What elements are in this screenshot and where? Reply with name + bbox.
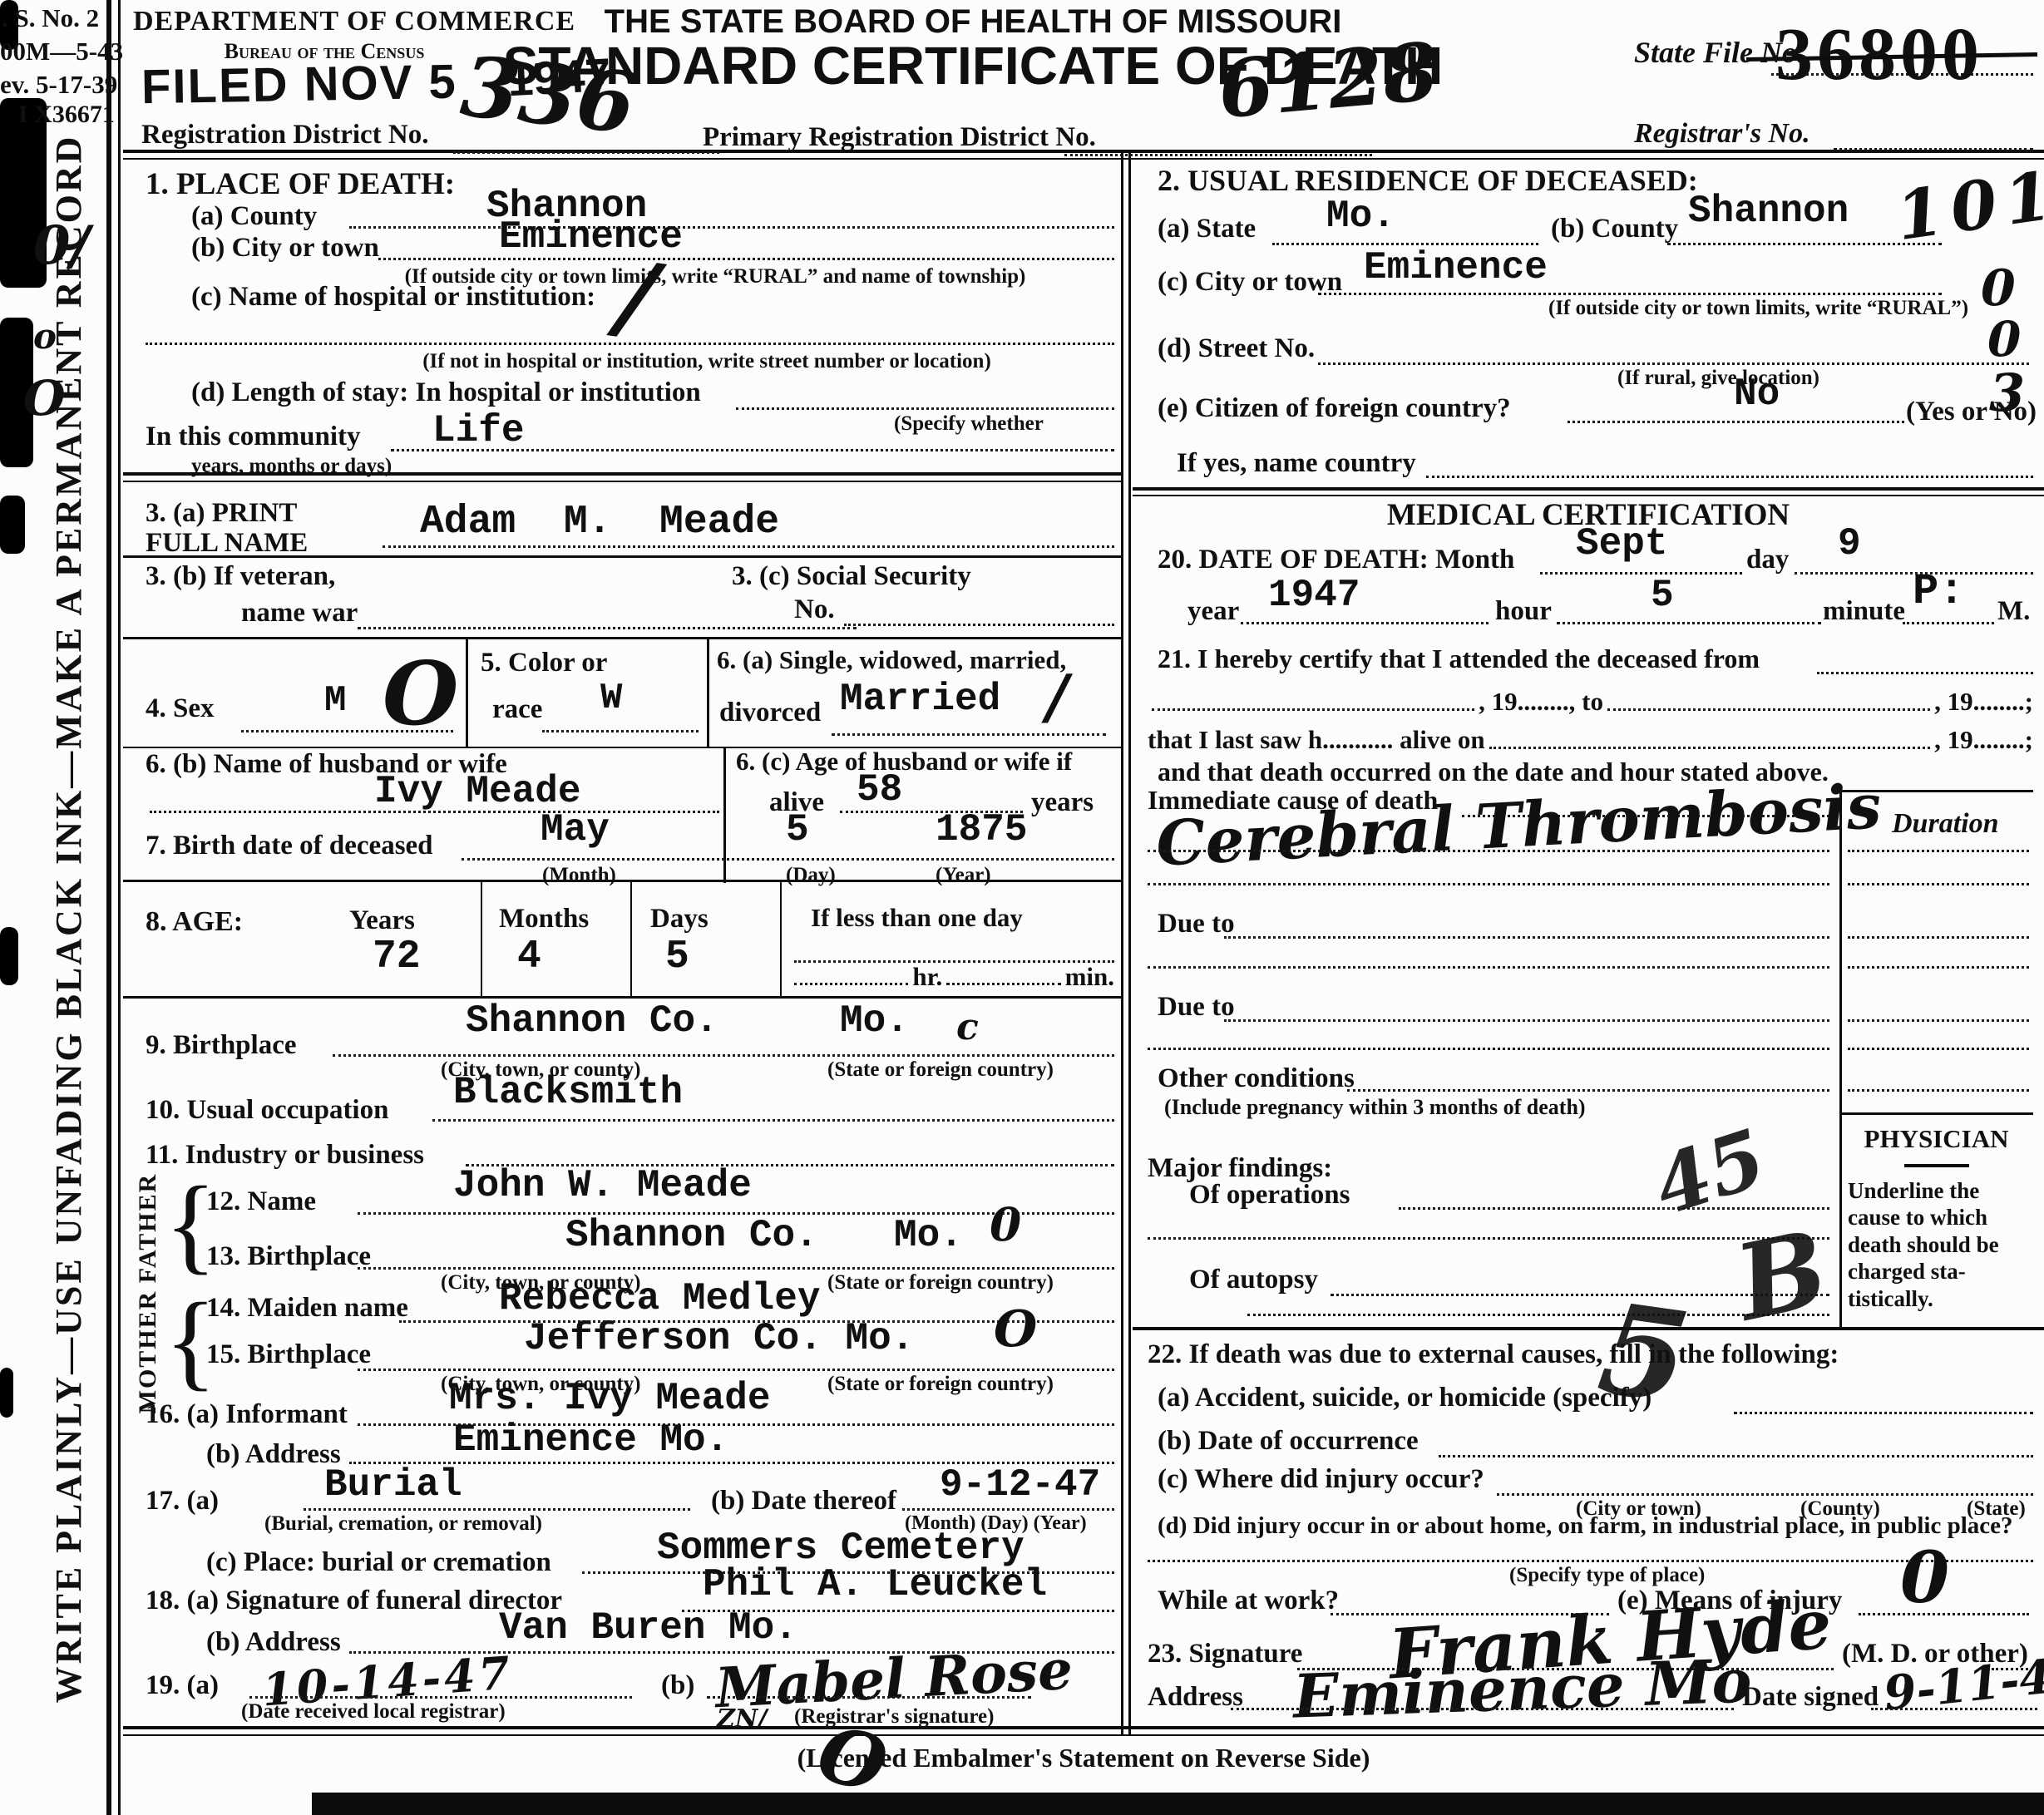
field-line [1540,572,1742,575]
divider [1133,495,2044,496]
certifier-sig-label: 23. Signature [1148,1640,1302,1669]
mother-label: MOTHER [135,1289,161,1415]
less-than-day-label: If less than one day [811,905,1023,932]
divider [123,637,1121,639]
dod-year-label: year [1187,597,1239,626]
field-line [1148,1237,1829,1240]
divider [106,0,111,1815]
field-line [1347,1089,1829,1092]
age-days-value: 5 [665,935,689,979]
father-name-label: 12. Name [206,1187,316,1216]
father-birthplace-state: Mo. [894,1214,963,1257]
field-line [1848,1019,2029,1022]
lastsaw-19: , 19........; [1934,725,2033,755]
field-line [1903,622,1994,624]
birthplace-label: 9. Birthplace [146,1031,296,1060]
occupation-label: 10. Usual occupation [146,1096,388,1125]
birthplace-mark: c [956,1006,979,1048]
divider [630,880,632,996]
certifier-address-value: Eminence Mo [1292,1645,1753,1731]
citizen-note: (Yes or No) [1906,397,2037,427]
informant-value: Mrs. Ivy Meade [449,1377,770,1420]
rural-location-note: (If rural, give location) [1617,367,1819,389]
field-line [1848,883,2029,885]
birthdate-label: 7. Birth date of deceased [146,831,433,861]
death-certificate-scan: . S. No. 2 00M—5-43 ev. 5-17-39 I X36671… [0,0,2044,1815]
major-findings-label: Major findings: [1148,1154,1332,1183]
received-date-note: (Date received local registrar) [241,1701,506,1723]
field-line [794,983,908,985]
physician-note: Underline the cause to which death shoul… [1848,1177,2029,1312]
registrar-sig-label: (b) [661,1671,694,1700]
veteran-label: 3. (b) If veteran, [146,562,335,591]
citizen-value: No [1734,372,1780,416]
print-label: 3. (a) PRINT [146,499,297,528]
veteran-sub: name war [241,599,358,628]
margin-instruction: WRITE PLAINLY—USE UNFADING BLACK INK—MAK… [50,129,88,1709]
race-value: W [600,678,622,719]
pen-scrawl: B [1726,1208,1838,1345]
certifier-address-label: Address [1148,1683,1243,1712]
work-label: While at work? [1158,1586,1339,1615]
lastsaw-line: that I last saw h........... alive on , … [1148,717,2033,755]
field-line [1497,1493,2033,1496]
margin-mark: 0/ [33,215,90,277]
street-label: (d) Street No. [1158,334,1315,363]
primary-district-value: 6128 [1215,26,1442,137]
spouse-age-label: 6. (c) Age of husband or wife if [736,748,1072,776]
duration-label: Duration [1892,808,1999,840]
where-label: (c) Where did injury occur? [1158,1465,1484,1494]
specify-note: (Specify whether [894,413,1044,435]
ssn-sub: No. [794,595,835,624]
mother-mark: O [994,1300,1037,1359]
birthplace-state-note: (State or foreign country) [827,1059,1054,1081]
marital-sub: divorced [719,698,821,727]
dod-hour-label: hour [1495,597,1552,626]
scan-artifact [312,1793,2044,1815]
funeral-director-value: Phil A. Leuckel [703,1563,1047,1606]
race-label: 5. Color or [481,649,607,678]
birthplace-value: Shannon Co. [466,999,718,1043]
field-line [902,1508,1114,1511]
county-label: (a) County [191,202,317,231]
disposition-note: (Burial, cremation, or removal) [264,1513,542,1535]
registration-district-label: Registration District No. [141,121,429,150]
age-years-value: 72 [373,935,421,979]
divider [123,1726,2044,1729]
field-line [1426,476,2033,478]
city-label: (b) City or town [191,234,379,263]
received-label: 19. (a) [146,1671,219,1700]
form-revision: ev. 5-17-39 [0,72,117,99]
field-line [1224,1019,1829,1022]
divider [1128,150,1131,1734]
month-note: (Month) [542,865,616,886]
mother-name-label: 14. Maiden name [206,1294,408,1323]
dod-hour-value: 5 [1651,574,1674,617]
fullname-label: FULL NAME [146,529,308,558]
community-value: Life [432,409,524,452]
burial-place-label: (c) Place: burial or cremation [206,1548,551,1577]
residence-county-value: Shannon [1688,190,1849,233]
sex-label: 4. Sex [146,694,215,723]
age-col-months: Months [499,905,589,934]
form-number: . S. No. 2 [2,5,99,32]
field-line [432,1119,1114,1122]
place-type-note: (Specify type of place) [1509,1565,1705,1586]
disposition-date-value: 9-12-47 [940,1463,1100,1507]
field-line [1318,363,2029,365]
divider [481,880,482,996]
age-months-value: 4 [517,935,541,979]
field-line [1439,1455,2033,1457]
marital-value: Married [840,678,1000,721]
birth-day-value: 5 [786,808,809,851]
disposition-label: 17. (a) [146,1487,219,1516]
autopsy-label: Of autopsy [1189,1265,1318,1295]
field-line [1318,293,1942,295]
scan-artifact [0,1368,13,1418]
dod-minute-label: minute [1823,597,1905,626]
field-line [1399,1207,1829,1210]
pen-scrawl: 45 [1643,1112,1776,1233]
field-line [349,226,1114,229]
street-note: (If not in hospital or institution, writ… [349,351,1064,372]
field-line [358,627,857,629]
divider [1839,790,1842,1329]
field-line [1568,421,1904,423]
section22-heading: 22. If death was due to external causes,… [1148,1340,1839,1369]
field-line [249,1696,632,1699]
residence-county-mark: 101 [1891,155,2044,256]
residence-city-label: (c) City or town [1158,268,1342,297]
dod-m-label: M. [1997,597,2030,626]
year-note: (Year) [936,865,991,886]
ssn-label: 3. (c) Social Security [732,562,971,591]
field-line [1607,708,1930,711]
field-line [707,1696,1031,1699]
field-line [358,1267,1114,1270]
birthplace-state: Mo. [840,999,909,1043]
field-line [1848,936,2029,939]
other-conditions-label: Other conditions [1158,1064,1355,1093]
field-line [1848,850,2029,852]
divider [780,880,782,996]
divider [123,880,1121,882]
community-label: In this community [146,422,361,451]
years-label: years [1031,788,1094,817]
occupation-value: Blacksmith [453,1071,683,1114]
residence-rural-note: (If outside city or town limits, write “… [1548,298,1968,319]
spouse-age-value: 58 [857,768,902,811]
father-birthplace-label: 13. Birthplace [206,1242,371,1271]
mother-state-note: (State or foreign country) [827,1374,1054,1395]
sex-value: M [324,680,346,722]
field-line [1871,1708,2037,1710]
age-col-years: Years [349,906,415,935]
field-line [1241,622,1489,624]
marital-mark: / [1046,661,1068,732]
field-line [1557,622,1821,624]
divider [1904,1164,1969,1167]
divider [123,996,1121,999]
registrar-sig-mark: ZN/ [717,1704,767,1734]
field-line [832,733,1106,736]
dod-day-value: 9 [1838,522,1861,565]
occurrence-label: (b) Date of occurrence [1158,1427,1419,1456]
field-line [383,545,1114,548]
field-line [1148,883,1829,885]
divider [123,1734,2044,1736]
section2-heading: 2. USUAL RESIDENCE OF DECEASED: [1158,163,1698,198]
field-line [241,730,453,732]
date-signed-label: Date signed [1742,1683,1879,1712]
scan-artifact [0,927,18,985]
filed-stamp: FILED NOV 5 [141,54,457,116]
field-line [150,811,719,813]
street-mark: 0 [1987,311,2021,367]
field-line [304,1508,690,1511]
margin-mark: o [33,316,57,357]
hospital-label: (c) Name of hospital or institution: [191,283,595,312]
field-line [1148,1048,1829,1050]
field-line [1152,708,1474,711]
father-label: FATHER [135,1166,161,1290]
funeral-address-value: Van Buren Mo. [499,1606,797,1650]
field-line [146,343,1114,345]
certify-19b: , 19........; [1934,687,2033,717]
registrar-no-label: Registrar's No. [1634,118,1810,150]
stamp-code: I X36671 [18,101,115,128]
field-line [333,1054,1114,1057]
field-line [1272,243,1538,245]
certify-line2: , 19........, to , 19........; [1148,678,2033,717]
accident-label: (a) Accident, suicide, or homicide (spec… [1158,1383,1651,1413]
due-to-label-2: Due to [1158,993,1235,1022]
department-title: DEPARTMENT OF COMMERCE [133,7,516,37]
father-mark: 0 [990,1197,1021,1251]
physician-label: PHYSICIAN [1839,1124,2033,1154]
father-birthplace-value: Shannon Co. [565,1214,818,1257]
field-line [844,624,1114,626]
marital-label: 6. (a) Single, widowed, married, [717,647,1066,674]
hr-label: hr. [912,964,942,991]
divider [723,747,726,883]
field-line [1148,850,1829,852]
divider [707,637,709,747]
father-name-value: John W. Meade [453,1164,752,1207]
field-line [358,1369,1114,1371]
other-conditions-note: (Include pregnancy within 3 months of de… [1164,1096,1586,1118]
disposition-value: Burial [324,1463,462,1507]
means-mark: 0 [1900,1536,1949,1620]
divider [123,158,2044,160]
divider [123,481,1121,482]
field-line [946,983,1060,985]
hr-min-row: hr. min. [790,958,1114,991]
divider [1839,1112,2033,1115]
divider [1133,1327,2044,1330]
scan-artifact [0,496,25,554]
race-sub: race [492,695,542,724]
mother-name-value: Rebecca Medley [499,1277,820,1320]
field-line [378,258,1114,260]
birth-year-value: 1875 [936,808,1027,851]
age-col-days: Days [650,905,708,934]
lastsaw-label: that I last saw h........... alive on [1148,725,1485,755]
field-line [1848,1089,2029,1092]
field-line [1848,1048,2029,1050]
informant-address-label: (b) Address [206,1440,341,1469]
operations-label: Of operations [1189,1181,1350,1210]
margin-mark: O [23,370,66,427]
field-line [1848,966,2029,969]
dod-label: 20. DATE OF DEATH: Month [1158,545,1514,575]
citizen-label: (e) Citizen of foreign country? [1158,394,1511,423]
divider [118,0,121,1815]
field-line [462,858,1114,861]
stay-label: (d) Length of stay: In hospital or insti… [191,378,701,407]
field-line [1489,747,1931,749]
residence-county-label: (b) County [1551,215,1678,244]
residence-city-value: Eminence [1364,246,1548,289]
disposition-date-label: (b) Date thereof [711,1487,896,1516]
residence-state-value: Mo. [1326,195,1395,238]
footer-note: (Licensed Embalmer's Statement on Revers… [123,1743,2044,1773]
funeral-address-label: (b) Address [206,1628,341,1657]
field-line [1224,936,1829,939]
mother-birthplace-label: 15. Birthplace [206,1340,371,1369]
divider [466,637,468,747]
spouse-value: Ivy Meade [374,770,580,813]
day-note: (Day) [786,865,836,886]
field-line [1817,672,2033,674]
residence-state-label: (a) State [1158,215,1256,244]
informant-label: 16. (a) Informant [146,1400,348,1429]
form-edition: 00M—5-43 [0,38,123,66]
field-line [1064,154,1372,156]
field-line [1148,966,1829,969]
field-line [1247,1314,1829,1316]
home-label: (d) Did injury occur in or about home, o… [1158,1513,2013,1538]
field-line [542,730,699,732]
father-state-note: (State or foreign country) [827,1272,1054,1294]
divider [123,472,1121,476]
dod-month-value: Sept [1576,522,1667,565]
dod-year-value: 1947 [1268,574,1360,617]
certify-19a: , 19........, to [1479,687,1603,717]
fullname-value: Adam M. Meade [420,500,779,545]
divider [1133,487,2044,491]
field-line [1834,148,2033,150]
certify-label: 21. I hereby certify that I attended the… [1158,645,1760,673]
informant-address-value: Eminence Mo. [453,1418,728,1462]
field-line [736,407,1114,410]
field-line [1231,1708,1734,1710]
dod-minute-value: P: [1913,567,1964,616]
divider [123,555,1121,558]
due-to-label-1: Due to [1158,910,1235,939]
divider [1121,150,1123,1734]
field-line [1734,1412,2033,1414]
mother-birthplace-value: Jefferson Co. Mo. [524,1317,914,1360]
birth-month-value: May [541,808,610,851]
dod-day-label: day [1746,545,1789,575]
min-label: min. [1065,964,1114,991]
age-label: 8. AGE: [146,906,243,938]
primary-district-label: Primary Registration District No. [703,123,1096,152]
residence-city-mark: 0 [1981,259,2016,318]
country-label: If yes, name country [1177,449,1416,478]
section1-heading: 1. PLACE OF DEATH: [146,166,455,202]
field-line [453,151,719,154]
